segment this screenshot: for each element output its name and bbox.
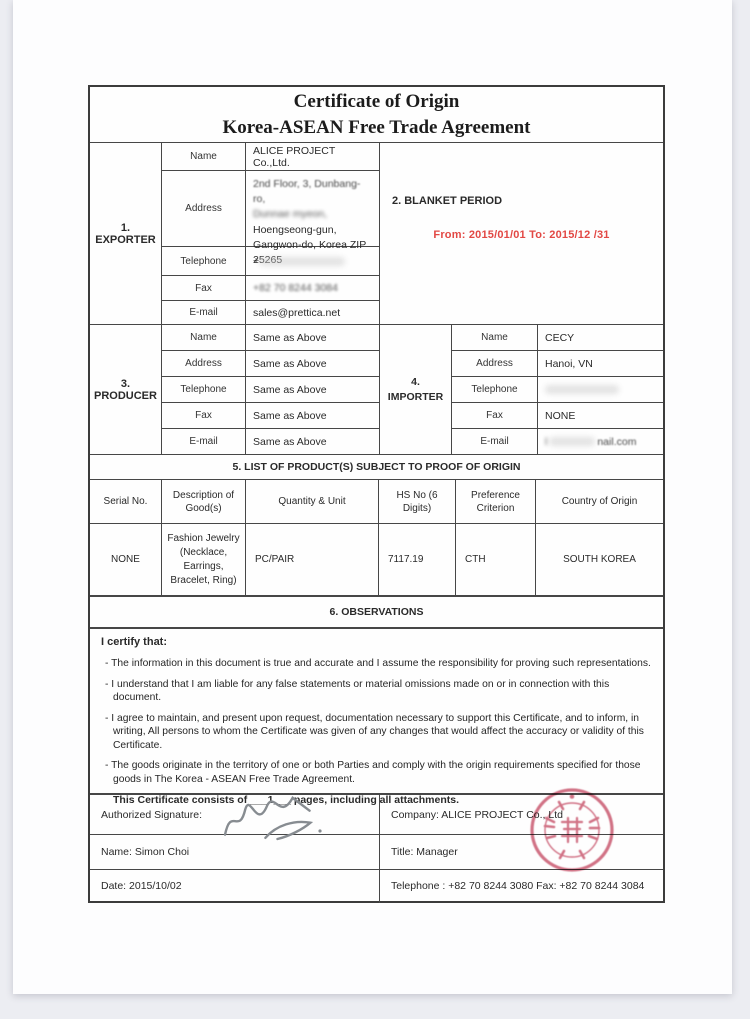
exporter-fax-row: Fax +82 70 8244 3084 xyxy=(162,276,379,301)
exporter-telephone-label: Telephone xyxy=(162,247,246,275)
producer-name-label: Name xyxy=(162,325,246,350)
date-cell: Date: 2015/10/02 xyxy=(90,870,380,903)
product-hs-no: 7117.19 xyxy=(379,524,456,595)
producer-telephone-label: Telephone xyxy=(162,377,246,402)
importer-fax-row: Fax NONE xyxy=(452,403,663,429)
date-contact-row: Date: 2015/10/02 Telephone : +82 70 8244… xyxy=(90,870,663,903)
importer-address-value: Hanoi, VN xyxy=(538,351,663,376)
exporter-address-label: Address xyxy=(162,171,246,246)
blanket-period-value: From: 2015/01/01 To: 2015/12 /31 xyxy=(392,229,651,241)
importer-label-word: IMPORTER xyxy=(388,390,443,405)
exporter-fax-label: Fax xyxy=(162,276,246,300)
importer-label-number: 4. xyxy=(411,375,420,390)
importer-telephone-row: Telephone xyxy=(452,377,663,403)
importer-name-value: CECY xyxy=(538,325,663,350)
importer-fax-value: NONE xyxy=(538,403,663,428)
certification-block: I certify that: - The information in thi… xyxy=(90,629,663,795)
producer-fax-row: Fax Same as Above xyxy=(162,403,379,429)
exporter-address-line1: 2nd Floor, 3, Dunbang-ro, xyxy=(253,178,360,205)
section-exporter-blanket: 1. EXPORTER Name ALICE PROJECT Co.,Ltd. … xyxy=(90,143,663,325)
importer-address-row: Address Hanoi, VN xyxy=(452,351,663,377)
producer-fax-value: Same as Above xyxy=(246,403,379,428)
producer-email-label: E-mail xyxy=(162,429,246,454)
importer-telephone-label: Telephone xyxy=(452,377,538,402)
exporter-telephone-redacted xyxy=(259,257,345,266)
product-quantity: PC/PAIR xyxy=(246,524,379,595)
product-row: NONE Fashion Jewelry (Necklace, Earrings… xyxy=(90,524,663,597)
col-serial-no: Serial No. xyxy=(90,480,162,523)
producer-fields: Name Same as Above Address Same as Above… xyxy=(162,325,380,454)
producer-email-row: E-mail Same as Above xyxy=(162,429,379,454)
producer-section-label: 3. PRODUCER xyxy=(90,325,162,454)
exporter-section-label: 1. EXPORTER xyxy=(90,143,162,324)
product-criterion: CTH xyxy=(456,524,536,595)
exporter-address-line2: Dunnae myeon, xyxy=(253,208,327,220)
importer-name-row: Name CECY xyxy=(452,325,663,351)
certify-heading: I certify that: xyxy=(101,636,652,648)
observations-section-label: 6. OBSERVATIONS xyxy=(90,597,663,629)
exporter-address-line3: Hoengseong-gun, xyxy=(253,224,336,236)
importer-email-redacted xyxy=(549,437,595,446)
certify-item-4: - The goods originate in the territory o… xyxy=(101,759,652,786)
products-header-row: Serial No. Description of Good(s) Quanti… xyxy=(90,480,663,524)
certificate-title: Certificate of Origin Korea-ASEAN Free T… xyxy=(90,87,663,143)
importer-email-prefix: l xyxy=(545,436,547,448)
certificate-table: Certificate of Origin Korea-ASEAN Free T… xyxy=(88,85,665,903)
producer-address-value: Same as Above xyxy=(246,351,379,376)
product-serial: NONE xyxy=(90,524,162,595)
product-description: Fashion Jewelry (Necklace, Earrings, Bra… xyxy=(162,524,246,595)
col-quantity-unit: Quantity & Unit xyxy=(246,480,379,523)
exporter-name-label: Name xyxy=(162,143,246,170)
signer-title-cell: Title: Manager xyxy=(380,835,663,868)
importer-name-label: Name xyxy=(452,325,538,350)
exporter-fields: Name ALICE PROJECT Co.,Ltd. Address 2nd … xyxy=(162,143,380,324)
blanket-period-label: 2. BLANKET PERIOD xyxy=(392,195,651,207)
col-description: Description of Good(s) xyxy=(162,480,246,523)
exporter-email-row: E-mail sales@prettica.net xyxy=(162,301,379,324)
exporter-email-label: E-mail xyxy=(162,301,246,324)
producer-name-row: Name Same as Above xyxy=(162,325,379,351)
importer-telephone-value xyxy=(538,377,663,402)
document-page: Certificate of Origin Korea-ASEAN Free T… xyxy=(13,0,732,994)
exporter-name-value: ALICE PROJECT Co.,Ltd. xyxy=(246,143,379,170)
importer-email-suffix: nail.com xyxy=(597,436,636,448)
col-country-of-origin: Country of Origin xyxy=(536,480,663,523)
producer-name-value: Same as Above xyxy=(246,325,379,350)
product-origin: SOUTH KOREA xyxy=(536,524,663,595)
certify-item-3: - I agree to maintain, and present upon … xyxy=(101,712,652,753)
importer-email-value: l nail.com xyxy=(538,429,663,454)
producer-address-row: Address Same as Above xyxy=(162,351,379,377)
producer-address-label: Address xyxy=(162,351,246,376)
certify-item-2: - I understand that I am liable for any … xyxy=(101,678,652,705)
producer-telephone-row: Telephone Same as Above xyxy=(162,377,379,403)
importer-email-label: E-mail xyxy=(452,429,538,454)
company-cell: Company: ALICE PROJECT Co., Ltd xyxy=(380,795,663,834)
producer-email-value: Same as Above xyxy=(246,429,379,454)
blanket-period-cell: 2. BLANKET PERIOD From: 2015/01/01 To: 2… xyxy=(380,143,663,324)
importer-telephone-redacted xyxy=(545,385,619,394)
contact-cell: Telephone : +82 70 8244 3080 Fax: +82 70… xyxy=(380,870,663,903)
title-line-2: Korea-ASEAN Free Trade Agreement xyxy=(223,115,531,141)
producer-fax-label: Fax xyxy=(162,403,246,428)
exporter-address-row: Address 2nd Floor, 3, Dunbang-ro, Dunnae… xyxy=(162,171,379,247)
exporter-email-value: sales@prettica.net xyxy=(246,301,379,324)
producer-telephone-value: Same as Above xyxy=(246,377,379,402)
col-preference-criterion: Preference Criterion xyxy=(456,480,536,523)
importer-fax-label: Fax xyxy=(452,403,538,428)
title-line-1: Certificate of Origin xyxy=(294,89,460,115)
col-hs-no: HS No (6 Digits) xyxy=(379,480,456,523)
importer-address-label: Address xyxy=(452,351,538,376)
importer-section-label: 4. IMPORTER xyxy=(380,325,452,454)
section-producer-importer: 3. PRODUCER Name Same as Above Address S… xyxy=(90,325,663,455)
company-stamp xyxy=(528,786,616,874)
exporter-name-row: Name ALICE PROJECT Co.,Ltd. xyxy=(162,143,379,171)
products-section-label: 5. LIST OF PRODUCT(S) SUBJECT TO PROOF O… xyxy=(90,455,663,480)
handwritten-signature xyxy=(216,783,338,853)
exporter-telephone-row: Telephone + xyxy=(162,247,379,276)
exporter-telephone-value: + xyxy=(246,247,379,275)
importer-fields: Name CECY Address Hanoi, VN Telephone Fa… xyxy=(452,325,663,454)
exporter-address-value: 2nd Floor, 3, Dunbang-ro, Dunnae myeon, … xyxy=(246,171,379,246)
exporter-fax-value: +82 70 8244 3084 xyxy=(246,276,379,300)
importer-email-row: E-mail l nail.com xyxy=(452,429,663,454)
certify-item-1: - The information in this document is tr… xyxy=(101,657,652,671)
